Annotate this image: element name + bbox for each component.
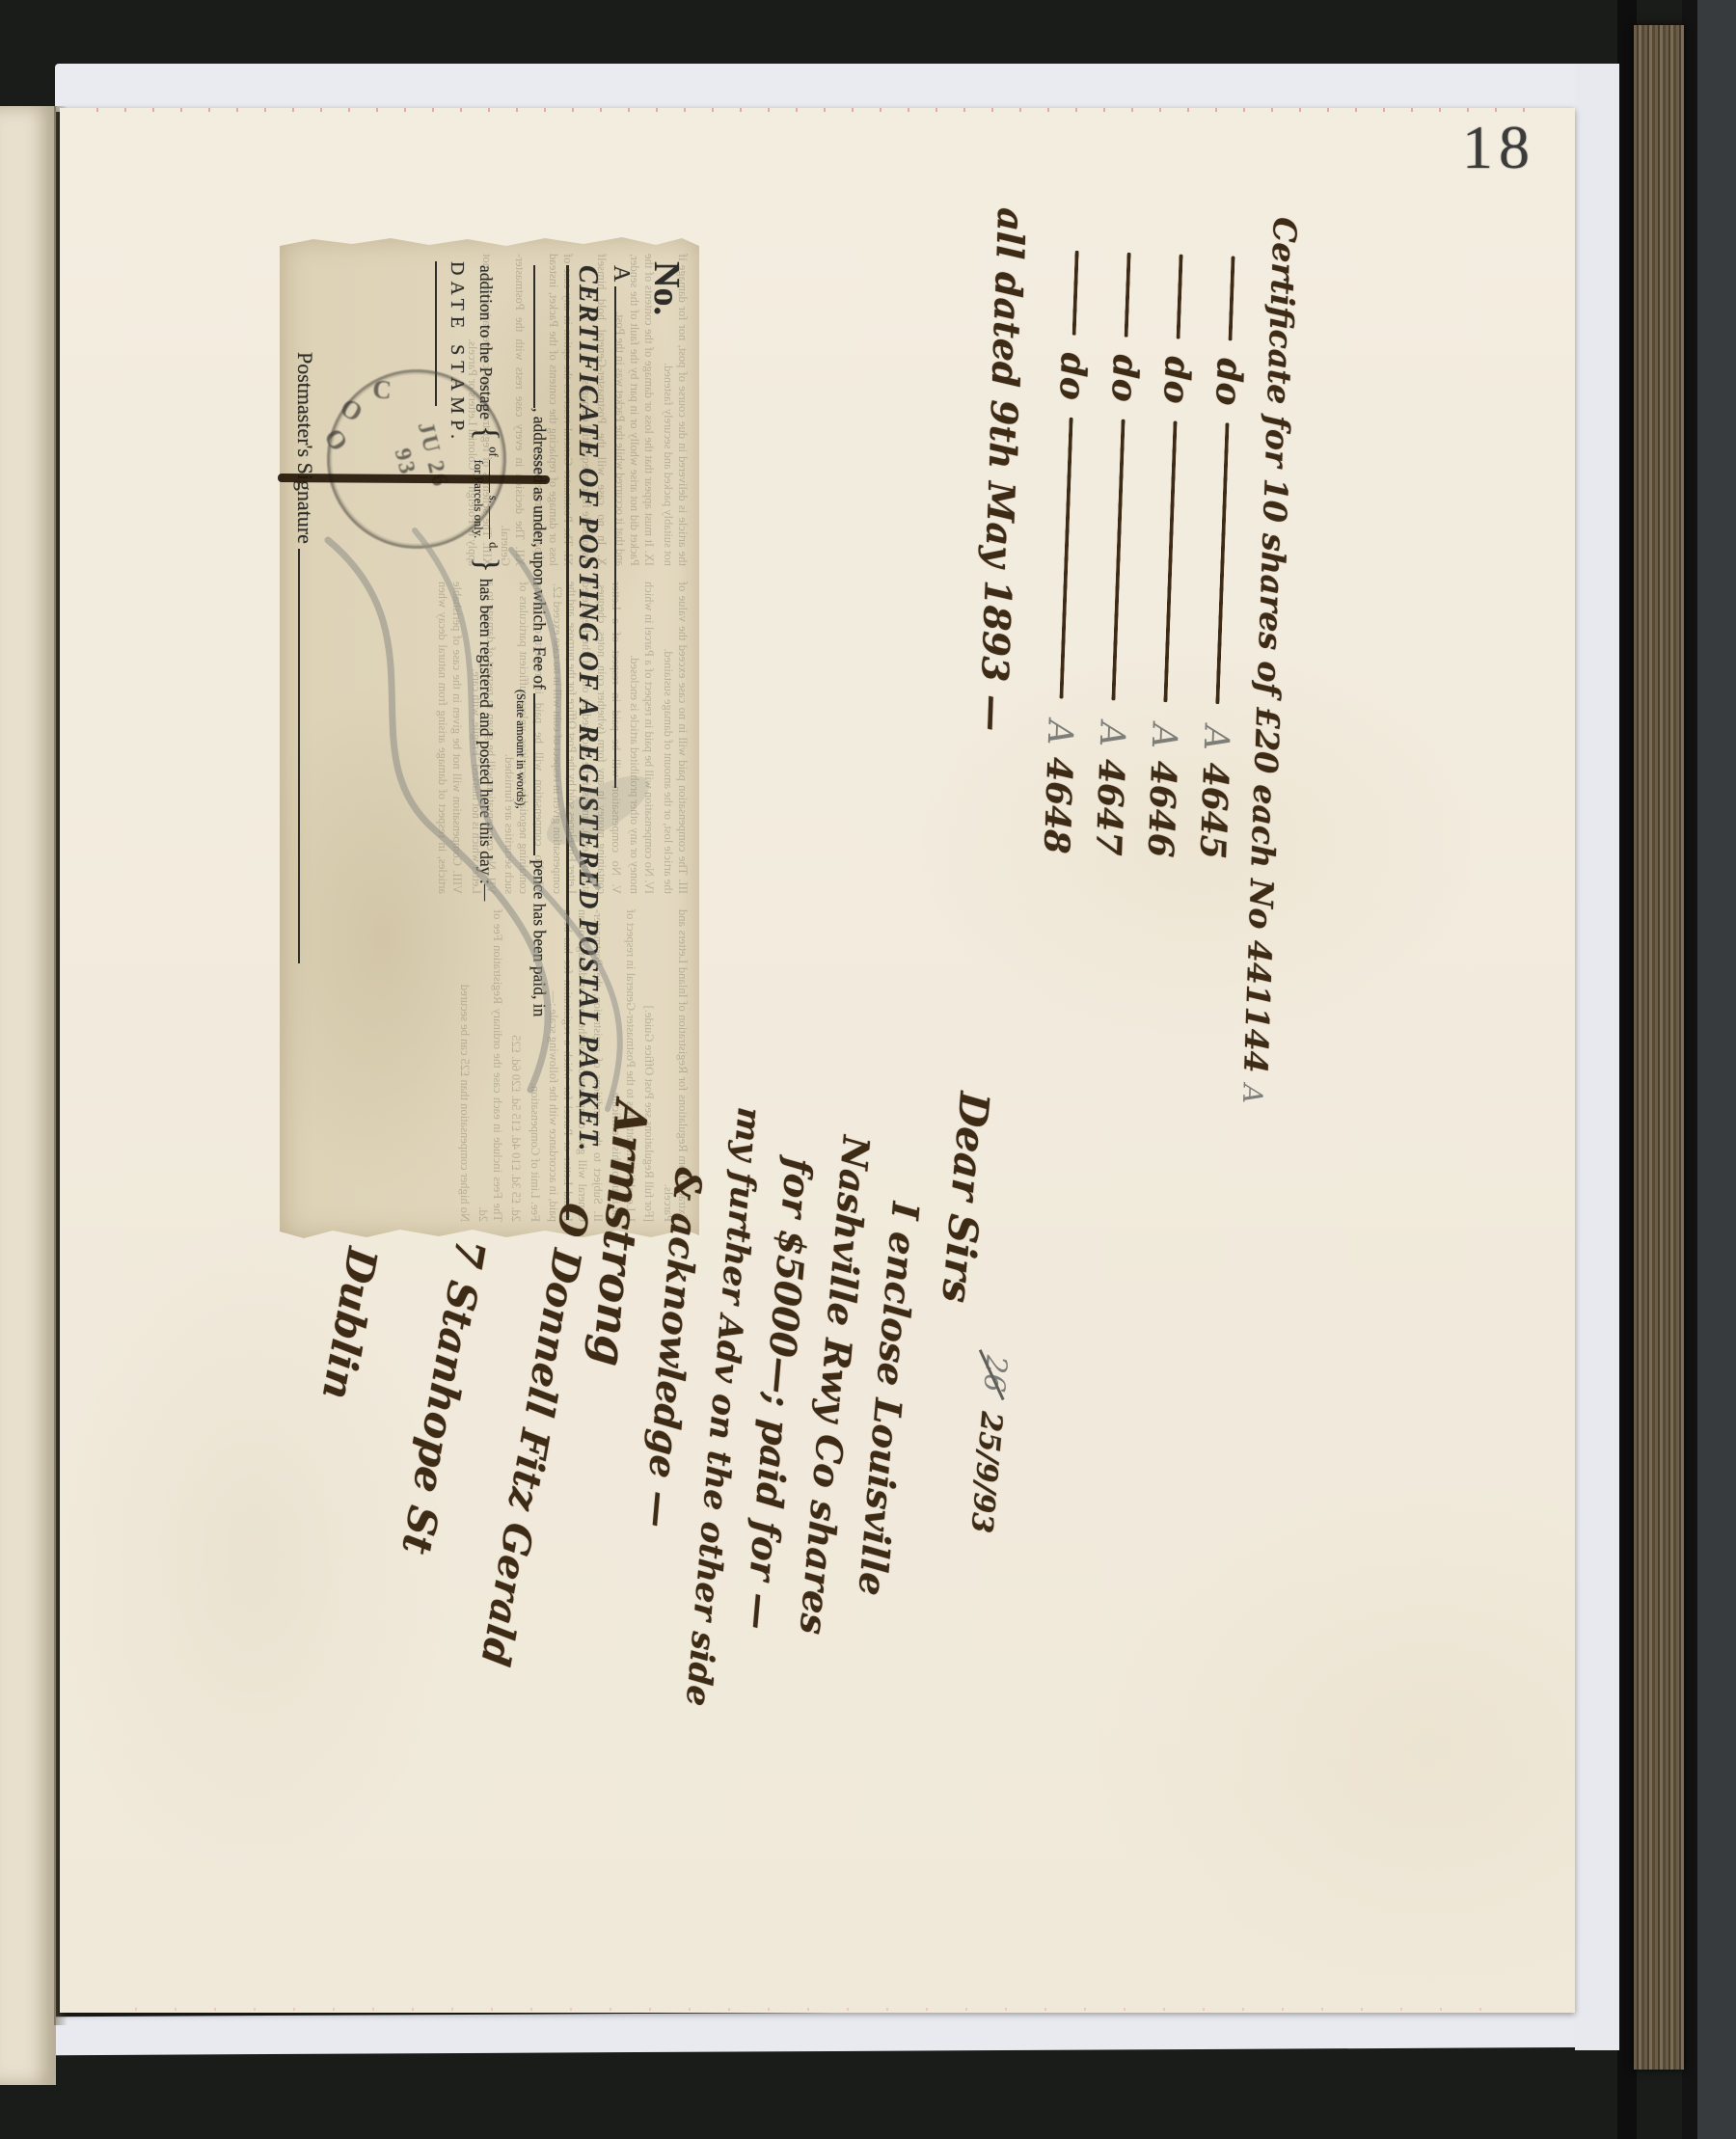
pencil-scrawl-signature <box>289 521 704 1119</box>
page-number-stamp: 18 <box>1462 112 1535 183</box>
ditto-dash <box>1229 256 1235 340</box>
underlying-page-edge-right <box>1575 64 1619 2050</box>
previous-page-edge <box>0 106 56 2085</box>
red-speckled-edge-top <box>96 108 1543 112</box>
underlying-page-edge-top <box>55 64 1590 112</box>
underlying-page-edge-bottom <box>55 2009 1604 2055</box>
book-shadow-right <box>1682 0 1697 2139</box>
red-speckled-edge-bottom <box>135 2008 1485 2011</box>
scanner-background <box>1695 0 1736 2139</box>
closed-page-block-edge <box>1634 25 1684 2070</box>
slip-no-label: No. <box>645 261 688 315</box>
sender-blank-rule <box>534 265 554 408</box>
pencil-folio-number: 26 <box>976 1354 1013 1394</box>
pencil-check-mark: A <box>1236 1084 1269 1104</box>
letterbook-scan: 18 Extracts from Regulations for Registr… <box>0 0 1736 2139</box>
